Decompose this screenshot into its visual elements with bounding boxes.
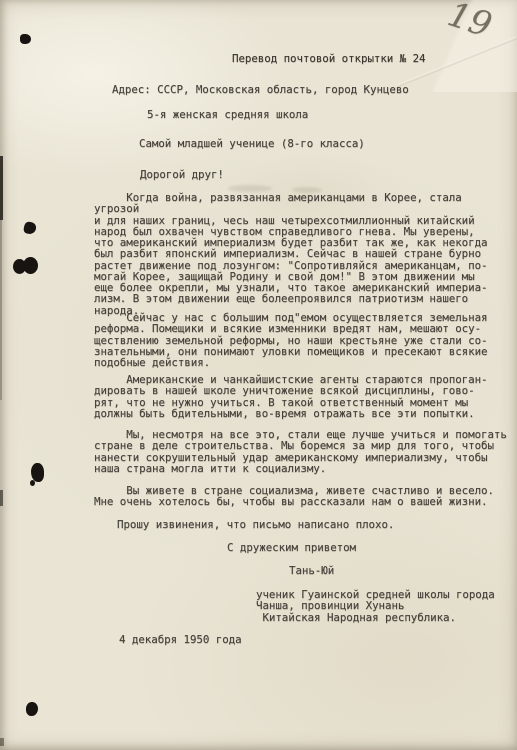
- closing-line: С дружеским приветом: [227, 542, 356, 553]
- ink-blot: [23, 257, 38, 274]
- scan-edge-speck-bottom: [0, 738, 4, 746]
- signature-block: ученик Гуаинской средней школы города Ча…: [256, 589, 495, 623]
- paragraph-4: Мы, несмотря на все это, стали еще лучше…: [94, 429, 512, 474]
- salutation-line: Дорогой друг!: [140, 169, 224, 180]
- recipient-line: Самой младшей ученице (8-го класса): [139, 138, 365, 149]
- ink-blot: [20, 34, 31, 44]
- handwritten-page-number: 19: [443, 0, 497, 46]
- paragraph-5: Вы живете в стране социализма, живете сч…: [94, 485, 506, 508]
- signature-name: Тань-Юй: [289, 565, 334, 576]
- paragraph-2: Сейчас у нас с большим под"емом осуществ…: [94, 312, 506, 368]
- date-line: 4 декабря 1950 года: [119, 634, 242, 645]
- scan-edge-strip-faint: [0, 220, 2, 400]
- ink-blot: [23, 221, 37, 235]
- apology-line: Прошу извинения, что письмо написано пло…: [117, 519, 394, 530]
- address-line-1: Адрес: СССР, Московская область, город К…: [112, 84, 409, 95]
- ink-blot: [26, 702, 38, 716]
- document-title: Перевод почтовой открытки № 24: [232, 53, 426, 64]
- ink-blot: [30, 480, 35, 486]
- scan-edge-speck: [0, 490, 3, 506]
- paragraph-3: Американские и чанкайшистские агенты ста…: [94, 374, 506, 419]
- paragraph-1: Когда война, развязанная американцами в …: [94, 192, 506, 316]
- scan-edge-strip: [0, 156, 3, 220]
- scanned-page: 19 Перевод почтовой открытки № 24 Адрес:…: [0, 0, 517, 750]
- address-line-2: 5-я женская средняя школа: [147, 109, 308, 120]
